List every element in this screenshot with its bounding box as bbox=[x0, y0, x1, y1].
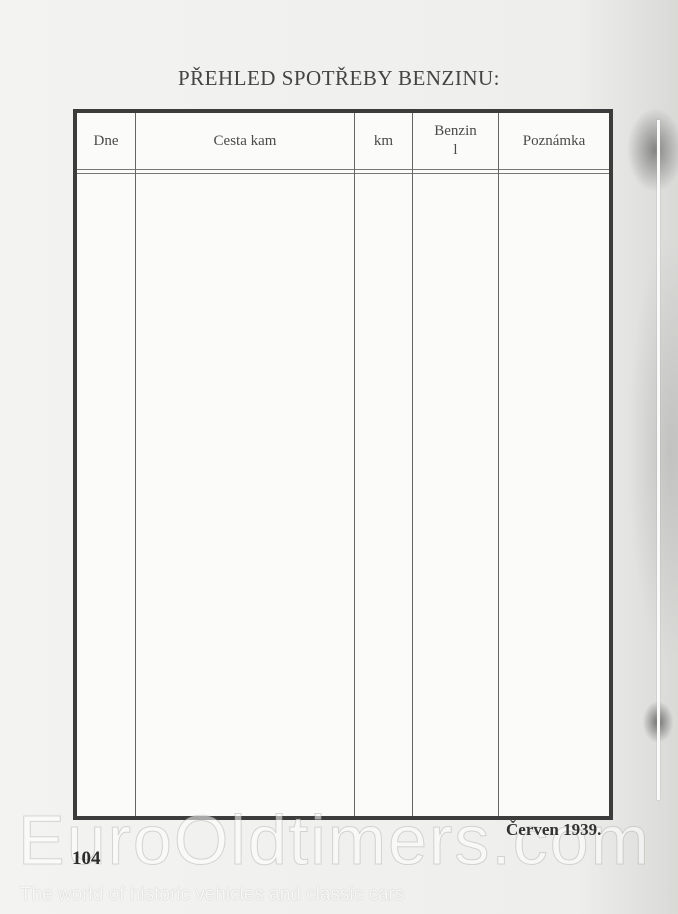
watermark-brand: EuroOldtimers.com bbox=[18, 800, 651, 880]
column-header-km: km bbox=[355, 113, 412, 169]
page-title: PŘEHLED SPOTŘEBY BENZINU: bbox=[0, 66, 678, 91]
column-header-date: Dne bbox=[77, 113, 135, 169]
fuel-log-table: Dne Cesta kam km Benzin l Poznámka bbox=[73, 109, 613, 820]
column-divider bbox=[354, 113, 355, 816]
watermark-tagline: The world of historic vehicles and class… bbox=[20, 884, 404, 906]
page-number: 104 bbox=[72, 848, 101, 870]
column-header-note: Poznámka bbox=[499, 113, 609, 169]
header-divider bbox=[77, 169, 609, 174]
column-divider bbox=[135, 113, 136, 816]
column-divider bbox=[412, 113, 413, 816]
column-header-fuel-liters: Benzin l bbox=[413, 113, 498, 169]
column-header-destination: Cesta kam bbox=[136, 113, 354, 169]
date-stamp: Červen 1939. bbox=[506, 820, 601, 840]
binding-thread bbox=[657, 120, 660, 800]
column-divider bbox=[498, 113, 499, 816]
table-header-row: Dne Cesta kam km Benzin l Poznámka bbox=[77, 113, 609, 169]
